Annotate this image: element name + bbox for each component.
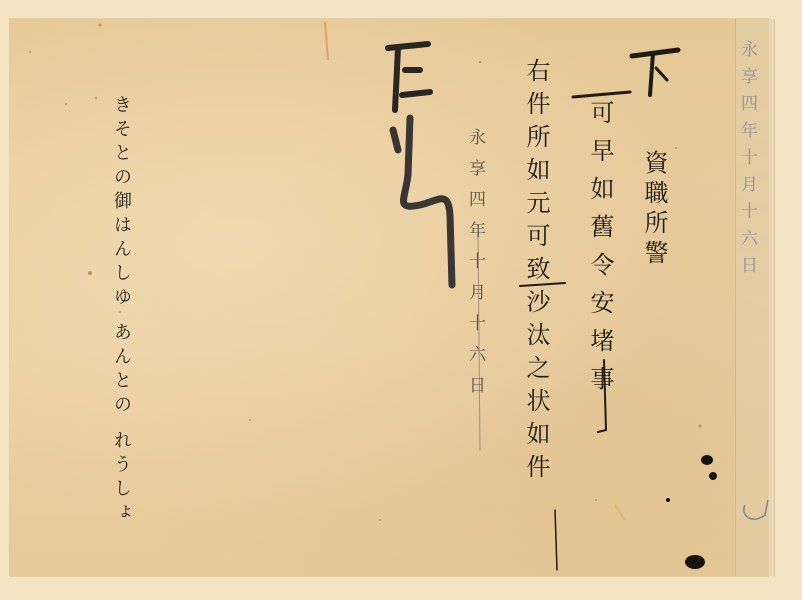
annotation-note: きそとの御はんしゆ あんとの れうしょ xyxy=(112,95,130,526)
addressee-column: 資職所警 xyxy=(642,150,666,270)
pencil-annotation: 永享四年十月十六日 xyxy=(738,40,755,283)
body-line-2: 右件所如元可致沙汰之状如件 xyxy=(524,58,548,487)
date-line: 永享四年十月十六日 xyxy=(466,128,483,407)
body-line-1: 可早如舊令安堵事 xyxy=(588,100,612,404)
